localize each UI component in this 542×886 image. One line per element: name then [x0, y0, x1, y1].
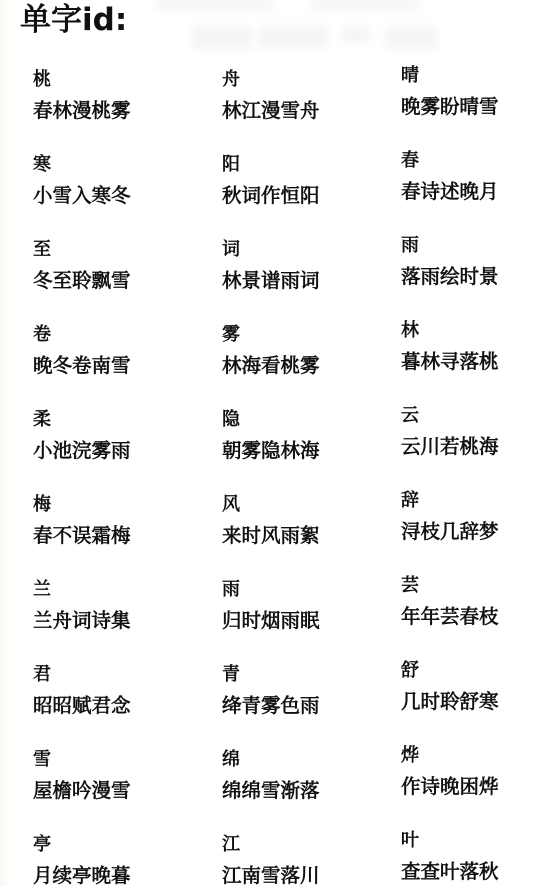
phrase: 浔枝几辞梦: [401, 521, 499, 543]
blurred-watermark: [342, 26, 370, 44]
single-char: 词: [222, 240, 320, 260]
char-entry: 江 江南雪落川: [222, 835, 320, 886]
char-entry: 柔 小池浣雾雨: [33, 410, 131, 462]
char-entry: 君 昭昭赋君念: [33, 665, 131, 717]
single-char: 江: [222, 835, 320, 855]
char-entry: 舒 几时聆舒寒: [401, 661, 499, 713]
char-entry: 春 春诗述晚月: [401, 151, 499, 203]
single-char: 君: [33, 665, 131, 685]
blurred-watermark: [155, 0, 275, 10]
char-entry: 雨 归时烟雨眠: [222, 580, 320, 632]
blurred-watermark: [310, 0, 420, 10]
phrase: 冬至聆飘雪: [33, 270, 131, 292]
phrase: 林景谱雨词: [222, 270, 320, 292]
char-entry: 隐 朝雾隐林海: [222, 410, 320, 462]
single-char: 烨: [401, 746, 499, 766]
blurred-watermark: [385, 26, 437, 50]
phrase: 兰舟词诗集: [33, 610, 131, 632]
phrase: 年年芸春枝: [401, 606, 499, 628]
char-entry: 卷 晚冬卷南雪: [33, 325, 131, 377]
single-char: 舟: [222, 70, 320, 90]
single-char: 芸: [401, 576, 499, 596]
single-char: 舒: [401, 661, 499, 681]
phrase: 晚冬卷南雪: [33, 355, 131, 377]
char-entry: 寒 小雪入寒冬: [33, 155, 131, 207]
char-entry: 雾 林海看桃雾: [222, 325, 320, 377]
single-char: 阳: [222, 155, 320, 175]
single-char: 雨: [222, 580, 320, 600]
phrase: 小雪入寒冬: [33, 185, 131, 207]
char-entry: 绵 绵绵雪渐落: [222, 750, 320, 802]
char-entry: 芸 年年芸春枝: [401, 576, 499, 628]
single-char: 桃: [33, 70, 131, 90]
char-entry: 云 云川若桃海: [401, 406, 499, 458]
phrase: 归时烟雨眠: [222, 610, 320, 632]
phrase: 作诗晚困烨: [401, 776, 499, 798]
single-char: 柔: [33, 410, 131, 430]
char-entry: 词 林景谱雨词: [222, 240, 320, 292]
phrase: 林海看桃雾: [222, 355, 320, 377]
char-entry: 叶 查查叶落秋: [401, 831, 499, 883]
single-char: 隐: [222, 410, 320, 430]
single-char: 青: [222, 665, 320, 685]
phrase: 晚雾盼晴雪: [401, 96, 499, 118]
phrase: 江南雪落川: [222, 865, 320, 886]
single-char: 雪: [33, 750, 131, 770]
page-title: 单字id:: [20, 2, 127, 38]
char-entry: 雨 落雨绘时景: [401, 236, 499, 288]
char-entry: 晴 晚雾盼晴雪: [401, 66, 499, 118]
char-entry: 桃 春林漫桃雾: [33, 70, 131, 122]
phrase: 月续亭晚暮: [33, 865, 131, 886]
phrase: 春不误霜梅: [33, 525, 131, 547]
phrase: 春诗述晚月: [401, 181, 499, 203]
char-entry: 阳 秋词作恒阳: [222, 155, 320, 207]
blurred-watermark: [258, 26, 328, 48]
phrase: 绛青雾色雨: [222, 695, 320, 717]
phrase: 屋檐吟漫雪: [33, 780, 131, 802]
char-entry: 林 暮林寻落桃: [401, 321, 499, 373]
char-entry: 至 冬至聆飘雪: [33, 240, 131, 292]
char-entry: 兰 兰舟词诗集: [33, 580, 131, 632]
single-char: 辞: [401, 491, 499, 511]
edge-shadow: [0, 0, 10, 886]
phrase: 云川若桃海: [401, 436, 499, 458]
phrase: 昭昭赋君念: [33, 695, 131, 717]
single-char: 风: [222, 495, 320, 515]
single-char: 林: [401, 321, 499, 341]
phrase: 小池浣雾雨: [33, 440, 131, 462]
phrase: 查查叶落秋: [401, 861, 499, 883]
single-char: 雨: [401, 236, 499, 256]
phrase: 几时聆舒寒: [401, 691, 499, 713]
single-char: 雾: [222, 325, 320, 345]
single-char: 春: [401, 151, 499, 171]
char-entry: 青 绛青雾色雨: [222, 665, 320, 717]
phrase: 春林漫桃雾: [33, 100, 131, 122]
single-char: 云: [401, 406, 499, 426]
char-entry: 风 来时风雨絮: [222, 495, 320, 547]
single-char: 叶: [401, 831, 499, 851]
single-char: 兰: [33, 580, 131, 600]
single-char: 亭: [33, 835, 131, 855]
single-char: 至: [33, 240, 131, 260]
char-entry: 梅 春不误霜梅: [33, 495, 131, 547]
single-char: 绵: [222, 750, 320, 770]
phrase: 秋词作恒阳: [222, 185, 320, 207]
single-char: 寒: [33, 155, 131, 175]
phrase: 落雨绘时景: [401, 266, 499, 288]
char-entry: 烨 作诗晚困烨: [401, 746, 499, 798]
single-char: 晴: [401, 66, 499, 86]
char-entry: 辞 浔枝几辞梦: [401, 491, 499, 543]
char-entry: 舟 林江漫雪舟: [222, 70, 320, 122]
phrase: 朝雾隐林海: [222, 440, 320, 462]
blurred-watermark: [192, 26, 252, 50]
char-entry: 雪 屋檐吟漫雪: [33, 750, 131, 802]
phrase: 暮林寻落桃: [401, 351, 499, 373]
single-char: 卷: [33, 325, 131, 345]
phrase: 林江漫雪舟: [222, 100, 320, 122]
phrase: 绵绵雪渐落: [222, 780, 320, 802]
phrase: 来时风雨絮: [222, 525, 320, 547]
char-entry: 亭 月续亭晚暮: [33, 835, 131, 886]
single-char: 梅: [33, 495, 131, 515]
